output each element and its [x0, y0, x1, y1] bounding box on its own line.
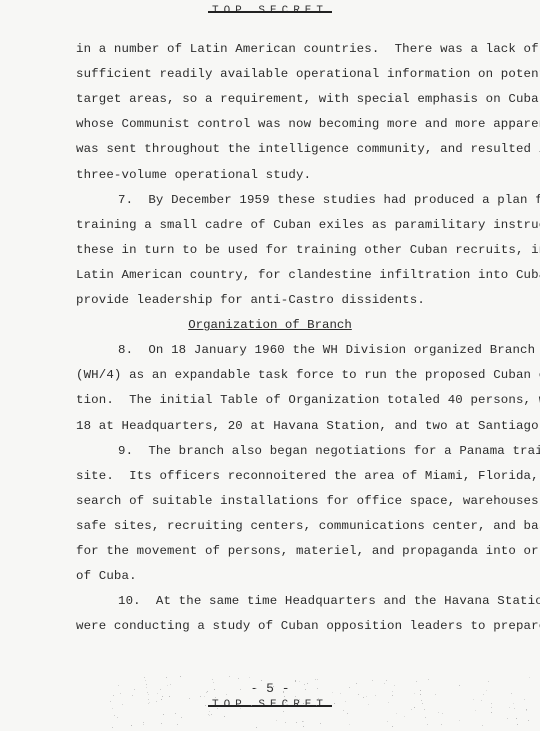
text-line: 8. On 18 January 1960 the WH Division or…: [118, 343, 540, 357]
text-line: training a small cadre of Cuban exiles a…: [76, 218, 540, 232]
text-line: (WH/4) as an expandable task force to ru…: [76, 368, 540, 382]
text-line: site. Its officers reconnoitered the are…: [76, 469, 540, 483]
text-line: were conducting a study of Cuban opposit…: [76, 619, 540, 633]
text-line: three-volume operational study.: [76, 168, 311, 182]
classification-footer-text: TOP SECRET: [208, 699, 332, 711]
text-line: 10. At the same time Headquarters and th…: [118, 594, 540, 608]
text-line: 18 at Headquarters, 20 at Havana Station…: [76, 419, 540, 433]
text-line: 7. By December 1959 these studies had pr…: [118, 193, 540, 207]
text-line: sufficient readily available operational…: [76, 67, 540, 81]
text-line: tion. The initial Table of Organization …: [76, 393, 540, 407]
text-line: for the movement of persons, materiel, a…: [76, 544, 540, 558]
section-heading: Organization of Branch: [0, 318, 540, 332]
text-line: these in turn to be used for training ot…: [76, 243, 540, 257]
text-line: in a number of Latin American countries.…: [76, 42, 539, 56]
classification-header-text: TOP SECRET: [208, 5, 332, 17]
text-line: provide leadership for anti-Castro dissi…: [76, 293, 425, 307]
text-line: of Cuba.: [76, 569, 137, 583]
text-line: was sent throughout the intelligence com…: [76, 142, 540, 156]
classification-header: TOP SECRET: [0, 5, 540, 17]
text-line: 9. The branch also began negotiations fo…: [118, 444, 540, 458]
text-line: search of suitable installations for off…: [76, 494, 540, 508]
text-line: safe sites, recruiting centers, communic…: [76, 519, 540, 533]
classification-footer: TOP SECRET: [0, 699, 540, 711]
text-line: whose Communist control was now becoming…: [76, 117, 540, 131]
text-line: Latin American country, for clandestine …: [76, 268, 540, 282]
text-line: target areas, so a requirement, with spe…: [76, 92, 540, 106]
page-number: - 5 -: [0, 681, 540, 696]
